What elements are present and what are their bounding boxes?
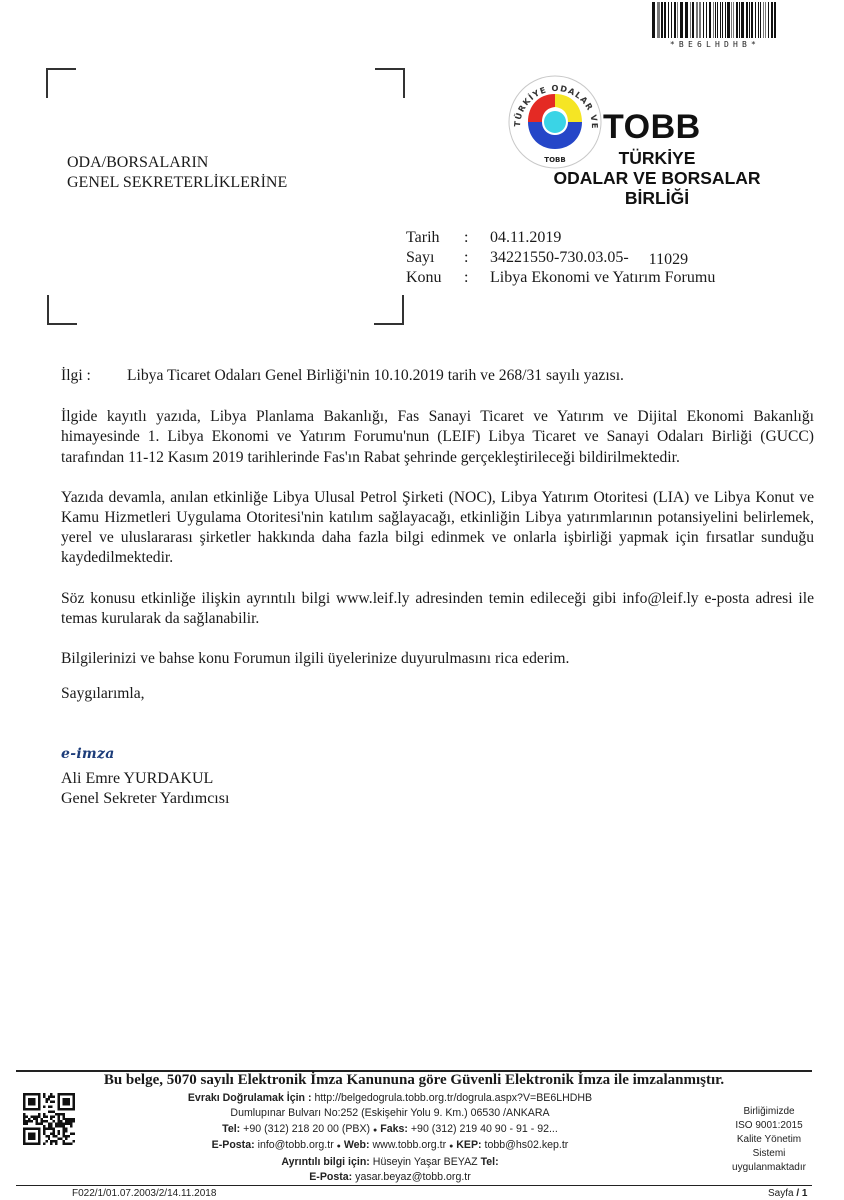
footer-contact-info: Evrakı Doğrulamak İçin : http://belgedog… <box>150 1091 630 1185</box>
body-paragraph: Söz konusu etkinliğe ilişkin ayrıntılı b… <box>61 589 814 629</box>
iso-line: Kalite Yönetim <box>724 1133 814 1147</box>
barcode <box>651 2 779 38</box>
recipient-line: GENEL SEKRETERLİKLERİNE <box>67 173 287 193</box>
signer-title: Genel Sekreter Yardımcısı <box>61 789 229 809</box>
contact-line: Ayrıntılı bilgi için: Hüseyin Yaşar BEYA… <box>150 1155 630 1170</box>
contact-email-label: E-Posta: <box>309 1171 352 1183</box>
contact-tel-label: Tel: <box>481 1156 499 1168</box>
meta-label: Sayı <box>406 248 464 268</box>
fax-label: Faks: <box>380 1123 408 1135</box>
meta-number-row: Sayı : 34221550-730.03.05- 11029 <box>406 248 715 268</box>
bullet-separator: ● <box>337 1143 341 1150</box>
meta-date-value: 04.11.2019 <box>490 228 561 248</box>
body-paragraph: İlgide kayıtlı yazıda, Libya Planlama Ba… <box>61 407 814 468</box>
logo-organization-name: TÜRKİYE ODALAR VE BORSALAR BİRLİĞİ <box>553 148 761 208</box>
e-signature-mark: e-imza <box>61 746 115 762</box>
form-code: F022/1/01.07.2003/2/14.11.2018 <box>72 1188 216 1199</box>
bullet-separator: ● <box>373 1127 377 1134</box>
meta-label: Tarih <box>406 228 464 248</box>
tel-label: Tel: <box>222 1123 240 1135</box>
signer-block: Ali Emre YURDAKUL Genel Sekreter Yardımc… <box>61 769 229 809</box>
verify-url[interactable]: http://belgedogrula.tobb.org.tr/dogrula.… <box>314 1092 592 1104</box>
page-value: / 1 <box>796 1188 807 1199</box>
web-label: Web: <box>344 1139 370 1151</box>
meta-date-row: Tarih : 04.11.2019 <box>406 228 715 248</box>
logo-acronym: TOBB <box>603 108 701 147</box>
meta-number-suffix: 11029 <box>649 250 688 270</box>
iso-certification-note: Birliğimizde ISO 9001:2015 Kalite Yöneti… <box>724 1105 814 1175</box>
phone-line: Tel: +90 (312) 218 20 00 (PBX) ● Faks: +… <box>150 1122 630 1138</box>
address-line: Dumlupınar Bulvarı No:252 (Eskişehir Yol… <box>150 1106 630 1121</box>
page-label: Sayfa <box>768 1188 794 1199</box>
contact-name: Hüseyin Yaşar BEYAZ <box>373 1156 478 1168</box>
window-corner-mark <box>46 68 76 98</box>
window-corner-mark <box>374 295 404 325</box>
web-link[interactable]: www.tobb.org.tr <box>373 1139 447 1151</box>
iso-line: Birliğimizde <box>724 1105 814 1119</box>
legal-notice: Bu belge, 5070 sayılı Elektronik İmza Ka… <box>16 1072 812 1089</box>
barcode-text: *BE6LHDHB* <box>651 40 779 49</box>
footer-divider <box>16 1185 812 1186</box>
logo-org-line: BİRLİĞİ <box>553 188 761 208</box>
iso-line: Sistemi <box>724 1147 814 1161</box>
letter-body: İlgi : Libya Ticaret Odaları Genel Birli… <box>61 366 814 689</box>
contact-label: Ayrıntılı bilgi için: <box>281 1156 369 1168</box>
closing: Saygılarımla, <box>61 685 145 703</box>
signer-name: Ali Emre YURDAKUL <box>61 769 229 789</box>
meta-subject-row: Konu : Libya Ekonomi ve Yatırım Forumu <box>406 268 715 288</box>
email-label: E-Posta: <box>212 1139 255 1151</box>
contact-email-link[interactable]: yasar.beyaz@tobb.org.tr <box>355 1171 471 1183</box>
bullet-separator: ● <box>449 1143 453 1150</box>
kep-link[interactable]: tobb@hs02.kep.tr <box>485 1139 569 1151</box>
reference-label: İlgi : <box>61 366 127 386</box>
letter-meta: Tarih : 04.11.2019 Sayı : 34221550-730.0… <box>406 228 715 288</box>
tel-value: +90 (312) 218 20 00 (PBX) <box>243 1123 370 1135</box>
online-line: E-Posta: info@tobb.org.tr ● Web: www.tob… <box>150 1138 630 1154</box>
contact-email-line: E-Posta: yasar.beyaz@tobb.org.tr <box>150 1170 630 1185</box>
meta-number-value: 34221550-730.03.05- <box>490 248 629 268</box>
recipient-line: ODA/BORSALARIN <box>67 153 287 173</box>
meta-separator: : <box>464 228 490 248</box>
body-paragraph: Bilgilerinizi ve bahse konu Forumun ilgi… <box>61 649 814 669</box>
verify-label: Evrakı Doğrulamak İçin : <box>188 1092 312 1104</box>
verify-line: Evrakı Doğrulamak İçin : http://belgedog… <box>150 1091 630 1106</box>
iso-line: uygulanmaktadır <box>724 1161 814 1175</box>
meta-label: Konu <box>406 268 464 288</box>
email-link[interactable]: info@tobb.org.tr <box>258 1139 334 1151</box>
kep-label: KEP: <box>456 1139 481 1151</box>
meta-separator: : <box>464 268 490 288</box>
meta-subject-value: Libya Ekonomi ve Yatırım Forumu <box>490 268 715 288</box>
page-number: Sayfa / 1 <box>768 1188 807 1199</box>
recipient-block: ODA/BORSALARIN GENEL SEKRETERLİKLERİNE <box>67 153 287 193</box>
window-corner-mark <box>375 68 405 98</box>
reference-line: İlgi : Libya Ticaret Odaları Genel Birli… <box>61 366 814 386</box>
reference-text: Libya Ticaret Odaları Genel Birliği'nin … <box>127 366 624 386</box>
qr-code-icon <box>23 1093 75 1145</box>
meta-separator: : <box>464 248 490 268</box>
fax-value: +90 (312) 219 40 90 - 91 - 92... <box>411 1123 558 1135</box>
window-corner-mark <box>47 295 77 325</box>
iso-line: ISO 9001:2015 <box>724 1119 814 1133</box>
body-paragraph: Yazıda devamla, anılan etkinliğe Libya U… <box>61 488 814 569</box>
logo-org-line: ODALAR VE BORSALAR <box>553 168 761 188</box>
logo-org-line: TÜRKİYE <box>553 148 761 168</box>
